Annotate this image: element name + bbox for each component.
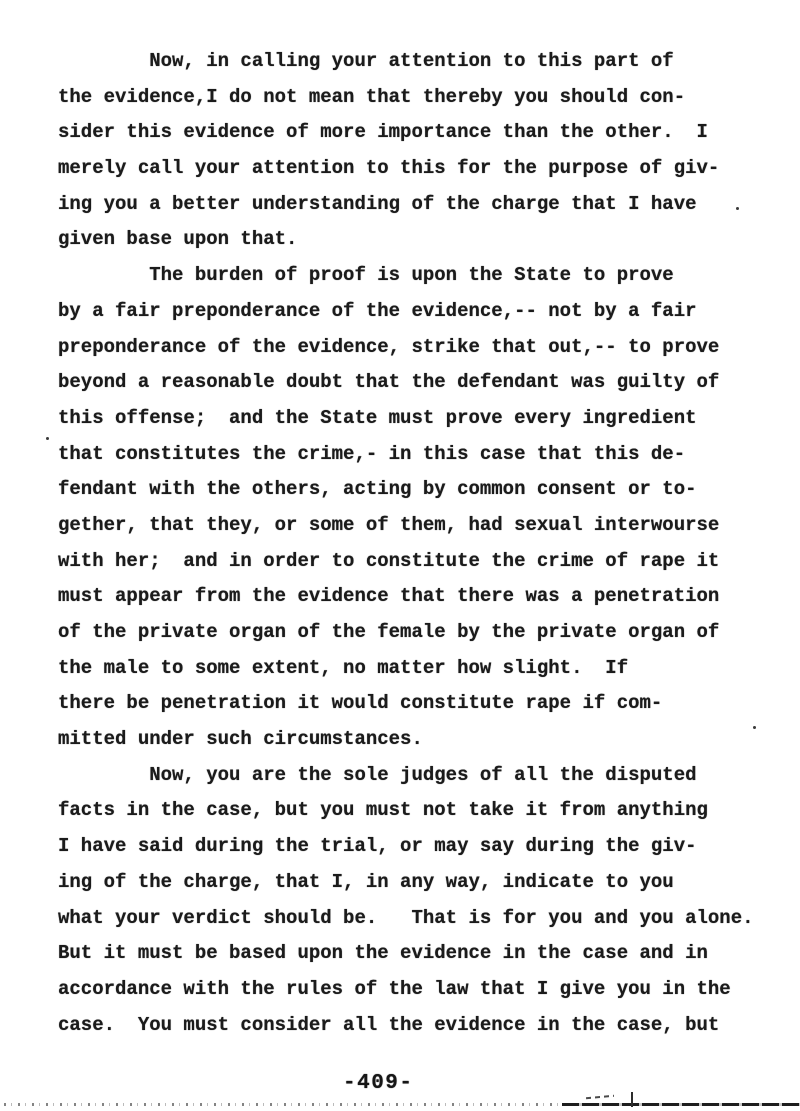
scan-noise-dot: [46, 437, 49, 440]
text-line: what your verdict should be. That is for…: [58, 901, 774, 937]
text-line: case. You must consider all the evidence…: [58, 1008, 774, 1044]
text-line: preponderance of the evidence, strike th…: [58, 330, 774, 366]
text-line: that constitutes the crime,- in this cas…: [58, 437, 774, 473]
text-line: beyond a reasonable doubt that the defen…: [58, 365, 774, 401]
page-number: -409-: [343, 1072, 414, 1095]
text-line: of the private organ of the female by th…: [58, 615, 774, 651]
text-line: Now, in calling your attention to this p…: [58, 44, 774, 80]
text-line: ing you a better understanding of the ch…: [58, 187, 774, 223]
text-line: I have said during the trial, or may say…: [58, 829, 774, 865]
text-line: there be penetration it would constitute…: [58, 686, 774, 722]
text-line: must appear from the evidence that there…: [58, 579, 774, 615]
text-line: But it must be based upon the evidence i…: [58, 936, 774, 972]
text-line: this offense; and the State must prove e…: [58, 401, 774, 437]
text-line: facts in the case, but you must not take…: [58, 793, 774, 829]
text-line: with her; and in order to constitute the…: [58, 544, 774, 580]
text-line: The burden of proof is upon the State to…: [58, 258, 774, 294]
scan-edge-line: [562, 1103, 800, 1106]
text-line: mitted under such circumstances.: [58, 722, 774, 758]
text-line: accordance with the rules of the law tha…: [58, 972, 774, 1008]
text-line: sider this evidence of more importance t…: [58, 115, 774, 151]
scan-noise-dot: [736, 207, 739, 210]
scan-speckle-line: [4, 1103, 562, 1106]
text-line: fendant with the others, acting by commo…: [58, 472, 774, 508]
text-line: given base upon that.: [58, 222, 774, 258]
text-line: the evidence,I do not mean that thereby …: [58, 80, 774, 116]
text-line: Now, you are the sole judges of all the …: [58, 758, 774, 794]
text-line: gether, that they, or some of them, had …: [58, 508, 774, 544]
text-line: ing of the charge, that I, in any way, i…: [58, 865, 774, 901]
transcript-text-block: Now, in calling your attention to this p…: [58, 44, 774, 1043]
text-line: merely call your attention to this for t…: [58, 151, 774, 187]
document-page: Now, in calling your attention to this p…: [0, 0, 800, 1111]
scan-noise-dot: [753, 726, 756, 729]
text-line: by a fair preponderance of the evidence,…: [58, 294, 774, 330]
scan-artifact-dash: [586, 1095, 614, 1099]
scan-artifact-tick: [631, 1092, 633, 1107]
text-line: the male to some extent, no matter how s…: [58, 651, 774, 687]
